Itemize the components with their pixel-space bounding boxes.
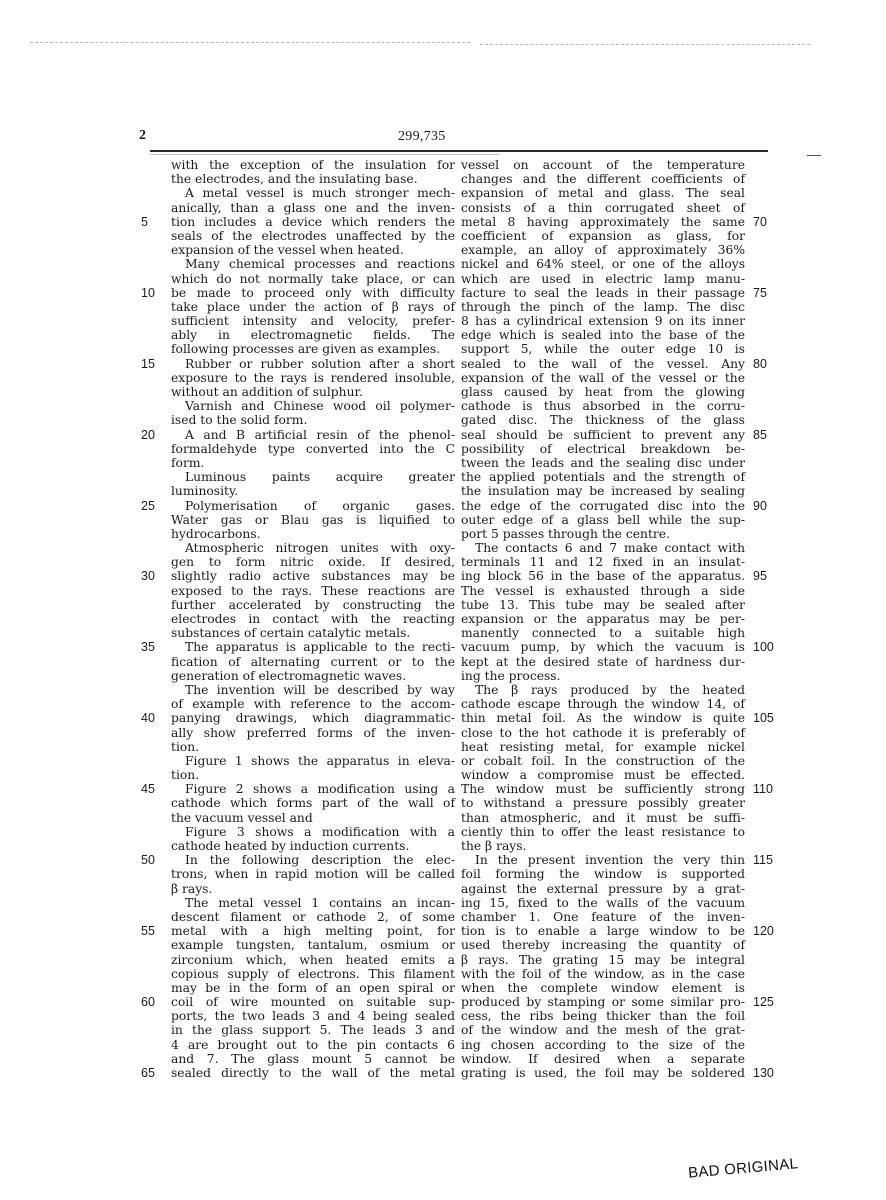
- text-line: facture to seal the leads in their passa…: [461, 286, 745, 300]
- line-text: expansion of the wall of the vessel or t…: [461, 371, 745, 385]
- line-text: with the exception of the insulation for: [171, 158, 455, 172]
- line-text: The metal vessel 1 contains an incan-: [185, 896, 455, 910]
- text-line: β rays.: [171, 882, 455, 896]
- line-text: than atmospheric, and it must be suffi-: [461, 811, 745, 825]
- text-line: which do not normally take place, or can: [171, 272, 455, 286]
- line-text: tion.: [171, 768, 199, 782]
- line-text: tion.: [171, 740, 199, 754]
- line-text: nickel and 64% steel, or one of the allo…: [461, 257, 745, 271]
- text-line: Luminous paints acquire greater: [171, 470, 455, 484]
- line-text: thin metal foil. As the window is quite: [461, 711, 745, 725]
- line-text: the vacuum vessel and: [171, 811, 313, 825]
- text-line: In the following description the elec-50: [171, 853, 455, 867]
- line-text: tube 13. This tube may be sealed after: [461, 598, 745, 612]
- text-line: panying drawings, which diagrammatic-40: [171, 711, 455, 725]
- text-line: zirconium which, when heated emits a: [171, 953, 455, 967]
- text-line: hydrocarbons.: [171, 527, 455, 541]
- line-text: cathode is thus absorbed in the corru-: [461, 399, 745, 413]
- text-line: glass caused by heat from the glowing: [461, 385, 745, 399]
- text-line: the electrodes, and the insulating base.: [171, 172, 455, 186]
- text-line: to withstand a pressure possibly greater: [461, 796, 745, 810]
- line-text: exposure to the rays is rendered insolub…: [171, 371, 455, 385]
- text-line: than atmospheric, and it must be suffi-: [461, 811, 745, 825]
- line-text: manently connected to a suitable high: [461, 626, 745, 640]
- line-text: kept at the desired state of hardness du…: [461, 655, 745, 669]
- text-line: The apparatus is applicable to the recti…: [171, 640, 455, 654]
- line-text: and 7. The glass mount 5 cannot be: [171, 1052, 455, 1066]
- line-text: sufficient intensity and velocity, prefe…: [171, 314, 455, 328]
- line-text: Varnish and Chinese wood oil polymer-: [185, 399, 455, 413]
- line-text: further accelerated by constructing the: [171, 598, 455, 612]
- line-text: cathode heated by induction currents.: [171, 839, 409, 853]
- line-text: 4 are brought out to the pin contacts 6: [171, 1038, 455, 1052]
- text-line: Atmospheric nitrogen unites with oxy-: [171, 541, 455, 555]
- line-text: take place under the action of β rays of: [171, 300, 455, 314]
- line-text: expansion of metal and glass. The seal: [461, 186, 745, 200]
- text-line: following processes are given as example…: [171, 342, 455, 356]
- text-line: luminosity.: [171, 484, 455, 498]
- text-line: example, an alloy of approximately 36%: [461, 243, 745, 257]
- text-line: nickel and 64% steel, or one of the allo…: [461, 257, 745, 271]
- text-line: Figure 2 shows a modification using a45: [171, 782, 455, 796]
- line-text: seals of the electrodes unaffected by th…: [171, 229, 455, 243]
- line-text: ciently thin to offer the least resistan…: [461, 825, 745, 839]
- line-text: tion includes a device which renders the: [171, 215, 455, 229]
- header-rule-shadow: [150, 154, 500, 155]
- text-line: cathode escape through the window 14, of: [461, 697, 745, 711]
- left-column: with the exception of the insulation for…: [171, 158, 455, 1080]
- line-text: β rays. The grating 15 may be integral: [461, 953, 745, 967]
- text-line: tween the leads and the sealing disc und…: [461, 456, 745, 470]
- text-line: window. If desired when a separate: [461, 1052, 745, 1066]
- line-text: form.: [171, 456, 204, 470]
- line-text: tion is to enable a large window to be: [461, 924, 745, 938]
- text-line: ised to the solid form.: [171, 413, 455, 427]
- text-line: generation of electromagnetic waves.: [171, 669, 455, 683]
- text-line: of example with reference to the accom-: [171, 697, 455, 711]
- text-line: The contacts 6 and 7 make contact with: [461, 541, 745, 555]
- line-text: following processes are given as example…: [171, 342, 440, 356]
- text-line: coil of wire mounted on suitable sup-60: [171, 995, 455, 1009]
- text-line: window a compromise must be effected.: [461, 768, 745, 782]
- line-text: gated disc. The thickness of the glass: [461, 413, 745, 427]
- line-text: Polymerisation of organic gases.: [185, 499, 455, 513]
- text-line: changes and the different coefficients o…: [461, 172, 745, 186]
- line-text: which do not normally take place, or can: [171, 272, 455, 286]
- line-text: to withstand a pressure possibly greater: [461, 796, 745, 810]
- line-text: Many chemical processes and reactions: [185, 257, 455, 271]
- text-line: vacuum pump, by which the vacuum is100: [461, 640, 745, 654]
- line-number: 95: [753, 569, 783, 583]
- text-line: or cobalt foil. In the construction of t…: [461, 754, 745, 768]
- text-line: tion is to enable a large window to be12…: [461, 924, 745, 938]
- scan-artifact-top: [30, 42, 470, 44]
- text-line: thin metal foil. As the window is quite1…: [461, 711, 745, 725]
- line-text: A and B artificial resin of the phenol-: [185, 428, 455, 442]
- text-line: the insulation may be increased by seali…: [461, 484, 745, 498]
- line-text: used thereby increasing the quantity of: [461, 938, 745, 952]
- line-text: slightly radio active substances may be: [171, 569, 455, 583]
- line-text: chamber 1. One feature of the inven-: [461, 910, 745, 924]
- text-line: The invention will be described by way: [171, 683, 455, 697]
- line-text: Atmospheric nitrogen unites with oxy-: [185, 541, 455, 555]
- line-text: gen to form nitric oxide. If desired,: [171, 555, 455, 569]
- line-text: example, an alloy of approximately 36%: [461, 243, 745, 257]
- line-number: 45: [141, 782, 165, 796]
- line-text: Water gas or Blau gas is liquified to: [171, 513, 455, 527]
- line-text: cess, the ribs being thicker than the fo…: [461, 1009, 745, 1023]
- line-number: 75: [753, 286, 783, 300]
- line-text: vessel on account of the temperature: [461, 158, 745, 172]
- right-column: vessel on account of the temperaturechan…: [461, 158, 745, 1080]
- line-text: generation of electromagnetic waves.: [171, 669, 406, 683]
- text-line: exposed to the rays. These reactions are: [171, 584, 455, 598]
- text-line: tion includes a device which renders the…: [171, 215, 455, 229]
- line-text: close to the hot cathode it is preferabl…: [461, 726, 745, 740]
- line-text: anically, than a glass one and the inven…: [171, 201, 455, 215]
- line-text: Rubber or rubber solution after a short: [185, 357, 455, 371]
- text-line: foil forming the window is supported: [461, 867, 745, 881]
- line-text: formaldehyde type converted into the C: [171, 442, 455, 456]
- text-line: 4 are brought out to the pin contacts 6: [171, 1038, 455, 1052]
- text-line: support 5, while the outer edge 10 is: [461, 342, 745, 356]
- line-text: produced by stamping or some similar pro…: [461, 995, 745, 1009]
- line-text: outer edge of a glass bell while the sup…: [461, 513, 745, 527]
- line-text: The invention will be described by way: [185, 683, 455, 697]
- line-text: descent filament or cathode 2, of some: [171, 910, 455, 924]
- text-line: 8 has a cylindrical extension 9 on its i…: [461, 314, 745, 328]
- line-number: 125: [753, 995, 783, 1009]
- text-line: ably in electromagnetic fields. The: [171, 328, 455, 342]
- line-text: copious supply of electrons. This filame…: [171, 967, 455, 981]
- text-line: cathode is thus absorbed in the corru-: [461, 399, 745, 413]
- line-text: ing 15, fixed to the walls of the vacuum: [461, 896, 745, 910]
- line-text: edge which is sealed into the base of th…: [461, 328, 745, 342]
- line-text: the electrodes, and the insulating base.: [171, 172, 418, 186]
- line-text: The vessel is exhausted through a side: [461, 584, 745, 598]
- text-line: may be in the form of an open spiral or: [171, 981, 455, 995]
- text-line: chamber 1. One feature of the inven-: [461, 910, 745, 924]
- text-line: ally show preferred forms of the inven-: [171, 726, 455, 740]
- text-line: gen to form nitric oxide. If desired,: [171, 555, 455, 569]
- text-line: when the complete window element is: [461, 981, 745, 995]
- text-line: example tungsten, tantalum, osmium or: [171, 938, 455, 952]
- line-text: hydrocarbons.: [171, 527, 261, 541]
- text-line: expansion of metal and glass. The seal: [461, 186, 745, 200]
- text-line: port 5 passes through the centre.: [461, 527, 745, 541]
- line-text: ised to the solid form.: [171, 413, 307, 427]
- text-line: copious supply of electrons. This filame…: [171, 967, 455, 981]
- line-text: The apparatus is applicable to the recti…: [185, 640, 455, 654]
- text-line: Polymerisation of organic gases.25: [171, 499, 455, 513]
- line-text: substances of certain catalytic metals.: [171, 626, 410, 640]
- line-text: β rays.: [171, 882, 212, 896]
- line-text: The window must be sufficiently strong: [461, 782, 745, 796]
- text-line: tube 13. This tube may be sealed after: [461, 598, 745, 612]
- line-text: may be in the form of an open spiral or: [171, 981, 455, 995]
- margin-mark: [807, 155, 821, 156]
- line-text: Figure 3 shows a modification with a: [185, 825, 455, 839]
- text-line: Many chemical processes and reactions: [171, 257, 455, 271]
- text-line: A and B artificial resin of the phenol-2…: [171, 428, 455, 442]
- line-text: grating is used, the foil may be soldere…: [461, 1066, 745, 1080]
- line-number: 5: [141, 215, 165, 229]
- text-line: metal 8 having approximately the same70: [461, 215, 745, 229]
- line-number: 105: [753, 711, 783, 725]
- line-number: 20: [141, 428, 165, 442]
- text-line: vessel on account of the temperature: [461, 158, 745, 172]
- text-line: expansion or the apparatus may be per-: [461, 612, 745, 626]
- patent-number: 299,735: [398, 129, 446, 145]
- line-number: 80: [753, 357, 783, 371]
- line-text: against the external pressure by a grat-: [461, 882, 745, 896]
- line-text: of the window and the mesh of the grat-: [461, 1023, 745, 1037]
- line-text: possibility of electrical breakdown be-: [461, 442, 745, 456]
- text-line: expansion of the vessel when heated.: [171, 243, 455, 257]
- line-text: fication of alternating current or to th…: [171, 655, 455, 669]
- text-line: outer edge of a glass bell while the sup…: [461, 513, 745, 527]
- line-text: panying drawings, which diagrammatic-: [171, 711, 455, 725]
- line-text: without an addition of sulphur.: [171, 385, 363, 399]
- text-line: edge which is sealed into the base of th…: [461, 328, 745, 342]
- text-line: Water gas or Blau gas is liquified to: [171, 513, 455, 527]
- line-number: 35: [141, 640, 165, 654]
- text-line: coefficient of expansion as glass, for: [461, 229, 745, 243]
- line-text: luminosity.: [171, 484, 238, 498]
- text-line: trons, when in rapid motion will be call…: [171, 867, 455, 881]
- text-line: with the foil of the window, as in the c…: [461, 967, 745, 981]
- line-text: of example with reference to the accom-: [171, 697, 455, 711]
- line-text: ing block 56 in the base of the apparatu…: [461, 569, 745, 583]
- line-number: 85: [753, 428, 783, 442]
- text-line: metal with a high melting point, for55: [171, 924, 455, 938]
- text-line: cathode which forms part of the wall of: [171, 796, 455, 810]
- bad-original-stamp: BAD ORIGINAL: [687, 1155, 798, 1182]
- text-line: possibility of electrical breakdown be-: [461, 442, 745, 456]
- text-line: heat resisting metal, for example nickel: [461, 740, 745, 754]
- line-text: expansion of the vessel when heated.: [171, 243, 404, 257]
- text-line: the vacuum vessel and: [171, 811, 455, 825]
- line-number: 70: [753, 215, 783, 229]
- text-line: In the present invention the very thin11…: [461, 853, 745, 867]
- text-line: tion.: [171, 740, 455, 754]
- text-line: manently connected to a suitable high: [461, 626, 745, 640]
- text-line: The vessel is exhausted through a side: [461, 584, 745, 598]
- text-line: sealed to the wall of the vessel. Any80: [461, 357, 745, 371]
- line-text: ing chosen according to the size of the: [461, 1038, 745, 1052]
- line-text: be made to proceed only with difficulty: [171, 286, 455, 300]
- text-line: ing 15, fixed to the walls of the vacuum: [461, 896, 745, 910]
- line-number: 130: [753, 1066, 783, 1080]
- line-text: Luminous paints acquire greater: [185, 470, 455, 484]
- line-text: ally show preferred forms of the inven-: [171, 726, 455, 740]
- text-line: descent filament or cathode 2, of some: [171, 910, 455, 924]
- text-line: substances of certain catalytic metals.: [171, 626, 455, 640]
- text-line: sealed directly to the wall of the metal…: [171, 1066, 455, 1080]
- line-text: the edge of the corrugated disc into the: [461, 499, 745, 513]
- text-line: consists of a thin corrugated sheet of: [461, 201, 745, 215]
- text-line: of the window and the mesh of the grat-: [461, 1023, 745, 1037]
- line-text: foil forming the window is supported: [461, 867, 745, 881]
- text-line: ing chosen according to the size of the: [461, 1038, 745, 1052]
- line-text: 8 has a cylindrical extension 9 on its i…: [461, 314, 745, 328]
- text-line: the applied potentials and the strength …: [461, 470, 745, 484]
- text-line: gated disc. The thickness of the glass: [461, 413, 745, 427]
- line-number: 110: [753, 782, 783, 796]
- line-text: coefficient of expansion as glass, for: [461, 229, 745, 243]
- line-text: sealed directly to the wall of the metal: [171, 1066, 455, 1080]
- line-text: with the foil of the window, as in the c…: [461, 967, 745, 981]
- line-text: electrodes in contact with the reacting: [171, 612, 455, 626]
- line-text: the insulation may be increased by seali…: [461, 484, 745, 498]
- line-text: consists of a thin corrugated sheet of: [461, 201, 745, 215]
- line-text: in the glass support 5. The leads 3 and: [171, 1023, 455, 1037]
- text-line: Figure 3 shows a modification with a: [171, 825, 455, 839]
- line-number: 115: [753, 853, 783, 867]
- line-number: 50: [141, 853, 165, 867]
- line-text: support 5, while the outer edge 10 is: [461, 342, 745, 356]
- line-text: seal should be sufficient to prevent any: [461, 428, 745, 442]
- line-text: heat resisting metal, for example nickel: [461, 740, 745, 754]
- text-line: seal should be sufficient to prevent any…: [461, 428, 745, 442]
- text-line: ing the process.: [461, 669, 745, 683]
- text-line: in the glass support 5. The leads 3 and: [171, 1023, 455, 1037]
- text-line: close to the hot cathode it is preferabl…: [461, 726, 745, 740]
- line-text: expansion or the apparatus may be per-: [461, 612, 745, 626]
- line-text: exposed to the rays. These reactions are: [171, 584, 455, 598]
- text-line: anically, than a glass one and the inven…: [171, 201, 455, 215]
- text-line: expansion of the wall of the vessel or t…: [461, 371, 745, 385]
- line-text: facture to seal the leads in their passa…: [461, 286, 745, 300]
- text-line: The metal vessel 1 contains an incan-: [171, 896, 455, 910]
- text-line: and 7. The glass mount 5 cannot be: [171, 1052, 455, 1066]
- line-text: ing the process.: [461, 669, 561, 683]
- line-text: window. If desired when a separate: [461, 1052, 745, 1066]
- line-text: terminals 11 and 12 fixed in an insulat-: [461, 555, 745, 569]
- text-line: the edge of the corrugated disc into the…: [461, 499, 745, 513]
- text-line: The β rays produced by the heated: [461, 683, 745, 697]
- text-line: β rays. The grating 15 may be integral: [461, 953, 745, 967]
- line-text: example tungsten, tantalum, osmium or: [171, 938, 455, 952]
- line-text: In the following description the elec-: [185, 853, 455, 867]
- text-line: ing block 56 in the base of the apparatu…: [461, 569, 745, 583]
- text-line: cathode heated by induction currents.: [171, 839, 455, 853]
- line-number: 55: [141, 924, 165, 938]
- text-line: ports, the two leads 3 and 4 being seale…: [171, 1009, 455, 1023]
- line-text: cathode which forms part of the wall of: [171, 796, 455, 810]
- text-line: terminals 11 and 12 fixed in an insulat-: [461, 555, 745, 569]
- text-line: seals of the electrodes unaffected by th…: [171, 229, 455, 243]
- text-line: exposure to the rays is rendered insolub…: [171, 371, 455, 385]
- line-number: 10: [141, 286, 165, 300]
- text-line: slightly radio active substances may be3…: [171, 569, 455, 583]
- text-line: cess, the ribs being thicker than the fo…: [461, 1009, 745, 1023]
- line-text: ports, the two leads 3 and 4 being seale…: [171, 1009, 455, 1023]
- text-line: A metal vessel is much stronger mech-: [171, 186, 455, 200]
- line-text: tween the leads and the sealing disc und…: [461, 456, 745, 470]
- text-line: ciently thin to offer the least resistan…: [461, 825, 745, 839]
- line-text: changes and the different coefficients o…: [461, 172, 745, 186]
- line-text: the applied potentials and the strength …: [461, 470, 745, 484]
- text-line: the β rays.: [461, 839, 745, 853]
- line-text: metal with a high melting point, for: [171, 924, 455, 938]
- text-line: electrodes in contact with the reacting: [171, 612, 455, 626]
- line-number: 120: [753, 924, 783, 938]
- line-number: 40: [141, 711, 165, 725]
- text-line: without an addition of sulphur.: [171, 385, 455, 399]
- page-number: 2: [139, 128, 146, 144]
- line-text: sealed to the wall of the vessel. Any: [461, 357, 745, 371]
- line-text: port 5 passes through the centre.: [461, 527, 670, 541]
- line-number: 15: [141, 357, 165, 371]
- text-line: fication of alternating current or to th…: [171, 655, 455, 669]
- line-text: which are used in electric lamp manu-: [461, 272, 745, 286]
- line-text: through the pinch of the lamp. The disc: [461, 300, 745, 314]
- line-text: window a compromise must be effected.: [461, 768, 745, 782]
- line-text: glass caused by heat from the glowing: [461, 385, 745, 399]
- text-line: Varnish and Chinese wood oil polymer-: [171, 399, 455, 413]
- line-text: or cobalt foil. In the construction of t…: [461, 754, 745, 768]
- text-line: sufficient intensity and velocity, prefe…: [171, 314, 455, 328]
- line-text: cathode escape through the window 14, of: [461, 697, 745, 711]
- line-text: trons, when in rapid motion will be call…: [171, 867, 455, 881]
- line-text: metal 8 having approximately the same: [461, 215, 745, 229]
- text-line: produced by stamping or some similar pro…: [461, 995, 745, 1009]
- text-line: used thereby increasing the quantity of: [461, 938, 745, 952]
- text-line: form.: [171, 456, 455, 470]
- line-number: 30: [141, 569, 165, 583]
- line-text: zirconium which, when heated emits a: [171, 953, 455, 967]
- text-line: through the pinch of the lamp. The disc: [461, 300, 745, 314]
- text-line: against the external pressure by a grat-: [461, 882, 745, 896]
- line-text: vacuum pump, by which the vacuum is: [461, 640, 745, 654]
- line-text: Figure 1 shows the apparatus in eleva-: [185, 754, 455, 768]
- text-line: tion.: [171, 768, 455, 782]
- line-text: A metal vessel is much stronger mech-: [185, 186, 455, 200]
- text-line: further accelerated by constructing the: [171, 598, 455, 612]
- line-number: 100: [753, 640, 783, 654]
- line-text: when the complete window element is: [461, 981, 745, 995]
- text-line: formaldehyde type converted into the C: [171, 442, 455, 456]
- line-text: the β rays.: [461, 839, 526, 853]
- line-number: 90: [753, 499, 783, 513]
- line-number: 25: [141, 499, 165, 513]
- text-line: kept at the desired state of hardness du…: [461, 655, 745, 669]
- line-number: 65: [141, 1066, 165, 1080]
- line-text: In the present invention the very thin: [475, 853, 745, 867]
- text-line: Figure 1 shows the apparatus in eleva-: [171, 754, 455, 768]
- text-line: Rubber or rubber solution after a short1…: [171, 357, 455, 371]
- text-line: which are used in electric lamp manu-: [461, 272, 745, 286]
- line-text: The contacts 6 and 7 make contact with: [475, 541, 745, 555]
- text-line: grating is used, the foil may be soldere…: [461, 1066, 745, 1080]
- text-line: be made to proceed only with difficulty1…: [171, 286, 455, 300]
- line-text: ably in electromagnetic fields. The: [171, 328, 455, 342]
- text-line: The window must be sufficiently strong11…: [461, 782, 745, 796]
- line-number: 60: [141, 995, 165, 1009]
- line-text: Figure 2 shows a modification using a: [185, 782, 455, 796]
- line-text: The β rays produced by the heated: [475, 683, 745, 697]
- header-rule: [150, 150, 768, 152]
- text-line: with the exception of the insulation for: [171, 158, 455, 172]
- line-text: coil of wire mounted on suitable sup-: [171, 995, 455, 1009]
- scan-artifact-top-right: [480, 44, 810, 46]
- text-line: take place under the action of β rays of: [171, 300, 455, 314]
